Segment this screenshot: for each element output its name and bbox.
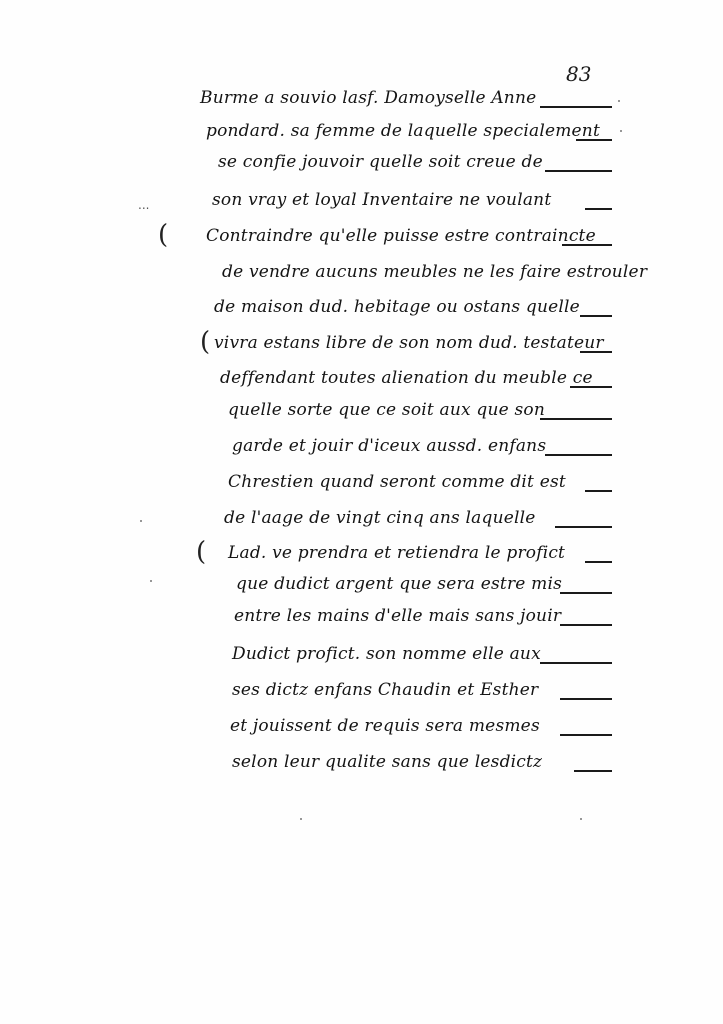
line-filler-rule (560, 592, 612, 594)
line-filler-rule (540, 418, 612, 420)
line-text: Dudict profict. son nomme elle aux (232, 644, 541, 664)
line-filler-rule (562, 244, 612, 246)
line-filler-rule (560, 624, 612, 626)
margin-bracket: ( (158, 220, 168, 250)
line-text: pondard. sa femme de laquelle specialeme… (206, 121, 600, 141)
scan-speck (618, 100, 620, 102)
margin-note: ... (138, 198, 149, 212)
manuscript-line: se confie jouvoir quelle soit creue de (0, 152, 723, 182)
line-text: se confie jouvoir quelle soit creue de (218, 152, 543, 172)
line-filler-rule (580, 351, 612, 353)
scan-speck (300, 818, 302, 820)
manuscript-line: entre les mains d'elle mais sans jouir (0, 606, 723, 636)
manuscript-line: ( Lad. ve prendra et retiendra le profic… (0, 543, 723, 573)
scan-speck (150, 580, 152, 582)
line-text: Lad. ve prendra et retiendra le profict (228, 543, 565, 563)
line-text: Burme a souvio lasf. Damoyselle Anne (200, 88, 536, 108)
folio-number: 83 (566, 62, 591, 86)
manuscript-line: Dudict profict. son nomme elle aux (0, 644, 723, 674)
line-filler-rule (545, 454, 612, 456)
line-text: et jouissent de requis sera mesmes (230, 716, 540, 736)
line-text: selon leur qualite sans que lesdictz (232, 752, 542, 772)
scan-speck (140, 520, 142, 522)
line-filler-rule (555, 526, 612, 528)
manuscript-line: et jouissent de requis sera mesmes (0, 716, 723, 746)
manuscript-line: Burme a souvio lasf. Damoyselle Anne (0, 88, 723, 118)
line-filler-rule (585, 208, 612, 210)
line-filler-rule (540, 106, 612, 108)
line-text: garde et jouir d'iceux aussd. enfans (232, 436, 546, 456)
manuscript-line: ( Contraindre qu'elle puisse estre contr… (0, 226, 723, 256)
manuscript-line: ... son vray et loyal Inventaire ne voul… (0, 190, 723, 220)
line-filler-rule (560, 734, 612, 736)
line-filler-rule (540, 662, 612, 664)
line-text: quelle sorte que ce soit aux que son (228, 400, 545, 420)
manuscript-line: garde et jouir d'iceux aussd. enfans (0, 436, 723, 466)
line-text: entre les mains d'elle mais sans jouir (234, 606, 561, 626)
manuscript-line: pondard. sa femme de laquelle specialeme… (0, 121, 723, 151)
line-text: son vray et loyal Inventaire ne voulant (212, 190, 551, 210)
margin-bracket: ( (196, 537, 206, 567)
manuscript-line: que dudict argent que sera estre mis (0, 574, 723, 604)
line-filler-rule (545, 170, 612, 172)
margin-bracket: ( (200, 327, 210, 357)
scan-speck (580, 818, 582, 820)
line-text: Chrestien quand seront comme dit est (228, 472, 566, 492)
line-text: que dudict argent que sera estre mis (236, 574, 562, 594)
manuscript-line: ( vivra estans libre de son nom dud. tes… (0, 333, 723, 363)
line-filler-rule (580, 315, 612, 317)
line-filler-rule (560, 698, 612, 700)
line-text: de l'aage de vingt cinq ans laquelle (224, 508, 536, 528)
manuscript-line: deffendant toutes alienation du meuble c… (0, 368, 723, 398)
line-filler-rule (585, 561, 612, 563)
line-filler-rule (576, 139, 612, 141)
manuscript-line: de vendre aucuns meubles ne les faire es… (0, 262, 723, 292)
manuscript-line: de maison dud. hebitage ou ostans quelle (0, 297, 723, 327)
manuscript-line: ses dictz enfans Chaudin et Esther (0, 680, 723, 710)
line-text: de maison dud. hebitage ou ostans quelle (214, 297, 580, 317)
manuscript-line: Chrestien quand seront comme dit est (0, 472, 723, 502)
line-filler-rule (585, 490, 612, 492)
scan-speck (620, 130, 622, 132)
line-text: deffendant toutes alienation du meuble c… (220, 368, 593, 388)
manuscript-line: quelle sorte que ce soit aux que son (0, 400, 723, 430)
line-text: ses dictz enfans Chaudin et Esther (232, 680, 538, 700)
line-filler-rule (570, 386, 612, 388)
manuscript-line: de l'aage de vingt cinq ans laquelle (0, 508, 723, 538)
line-text: vivra estans libre de son nom dud. testa… (214, 333, 604, 353)
line-text: de vendre aucuns meubles ne les faire es… (222, 262, 647, 282)
line-filler-rule (574, 770, 612, 772)
line-text: Contraindre qu'elle puisse estre contrai… (206, 226, 596, 246)
manuscript-line: selon leur qualite sans que lesdictz (0, 752, 723, 782)
manuscript-page: 83 Burme a souvio lasf. Damoyselle Anne … (0, 0, 723, 1024)
